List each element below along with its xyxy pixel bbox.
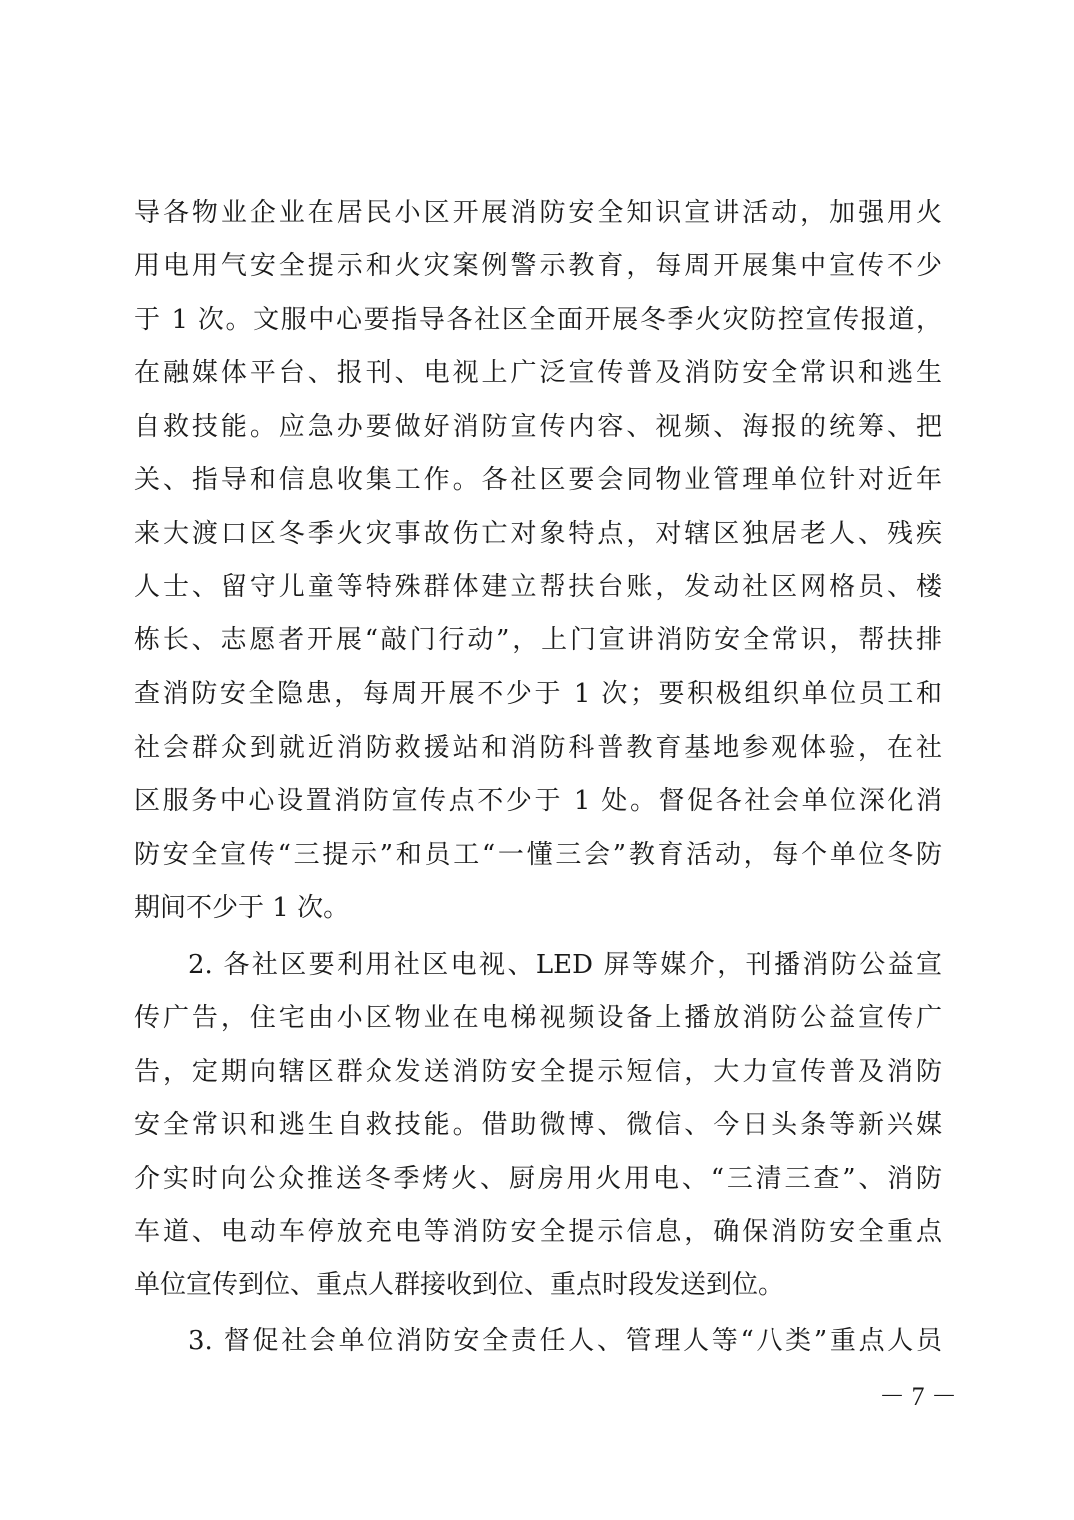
paragraph-1-line-4: 在融媒体平台、报刊、电视上广泛宣传普及消防安全常识和逃生 — [134, 353, 942, 393]
paragraph-1-line-9: 栋长、志愿者开展“敲门行动”，上门宣讲消防安全常识，帮扶排 — [134, 620, 942, 660]
paragraph-2-line-7: 单位宣传到位、重点人群接收到位、重点时段发送到位。 — [134, 1265, 942, 1305]
paragraph-2-line-3: 告，定期向辖区群众发送消防安全提示短信，大力宣传普及消防 — [134, 1052, 942, 1092]
document-page: 导各物业企业在居民小区开展消防安全知识宣讲活动，加强用火 用电用气安全提示和火灾… — [0, 0, 1074, 1520]
paragraph-2-line-5: 介实时向公众推送冬季烤火、厨房用火用电、“三清三查”、消防 — [134, 1159, 942, 1199]
page-number: － 7 － — [868, 1380, 968, 1414]
paragraph-1-line-13: 防安全宣传“三提示”和员工“一懂三会”教育活动，每个单位冬防 — [134, 835, 942, 875]
paragraph-1-line-1: 导各物业企业在居民小区开展消防安全知识宣讲活动，加强用火 — [134, 193, 942, 233]
paragraph-2-line-4: 安全常识和逃生自救技能。借助微博、微信、今日头条等新兴媒 — [134, 1105, 942, 1145]
paragraph-1-line-14: 期间不少于 1 次。 — [134, 888, 942, 928]
paragraph-1-line-12: 区服务中心设置消防宣传点不少于 1 处。督促各社会单位深化消 — [134, 781, 942, 821]
paragraph-3-line-1: 3. 督促社会单位消防安全责任人、管理人等“八类”重点人员 — [188, 1321, 942, 1361]
paragraph-1-line-5: 自救技能。应急办要做好消防宣传内容、视频、海报的统筹、把 — [134, 407, 942, 447]
paragraph-1-line-8: 人士、留守儿童等特殊群体建立帮扶台账，发动社区网格员、楼 — [134, 567, 942, 607]
paragraph-1-line-7: 来大渡口区冬季火灾事故伤亡对象特点，对辖区独居老人、残疾 — [134, 514, 942, 554]
paragraph-2-line-1: 2. 各社区要利用社区电视、LED 屏等媒介，刊播消防公益宣 — [188, 945, 942, 985]
paragraph-2-line-6: 车道、电动车停放充电等消防安全提示信息，确保消防安全重点 — [134, 1212, 942, 1252]
paragraph-2-line-2: 传广告，住宅由小区物业在电梯视频设备上播放消防公益宣传广 — [134, 998, 942, 1038]
paragraph-1-line-3: 于 1 次。文服中心要指导各社区全面开展冬季火灾防控宣传报道， — [134, 300, 942, 340]
paragraph-1-line-11: 社会群众到就近消防救援站和消防科普教育基地参观体验，在社 — [134, 728, 942, 768]
paragraph-1-line-10: 查消防安全隐患，每周开展不少于 1 次；要积极组织单位员工和 — [134, 674, 942, 714]
paragraph-1-line-6: 关、指导和信息收集工作。各社区要会同物业管理单位针对近年 — [134, 460, 942, 500]
paragraph-1-line-2: 用电用气安全提示和火灾案例警示教育，每周开展集中宣传不少 — [134, 246, 942, 286]
